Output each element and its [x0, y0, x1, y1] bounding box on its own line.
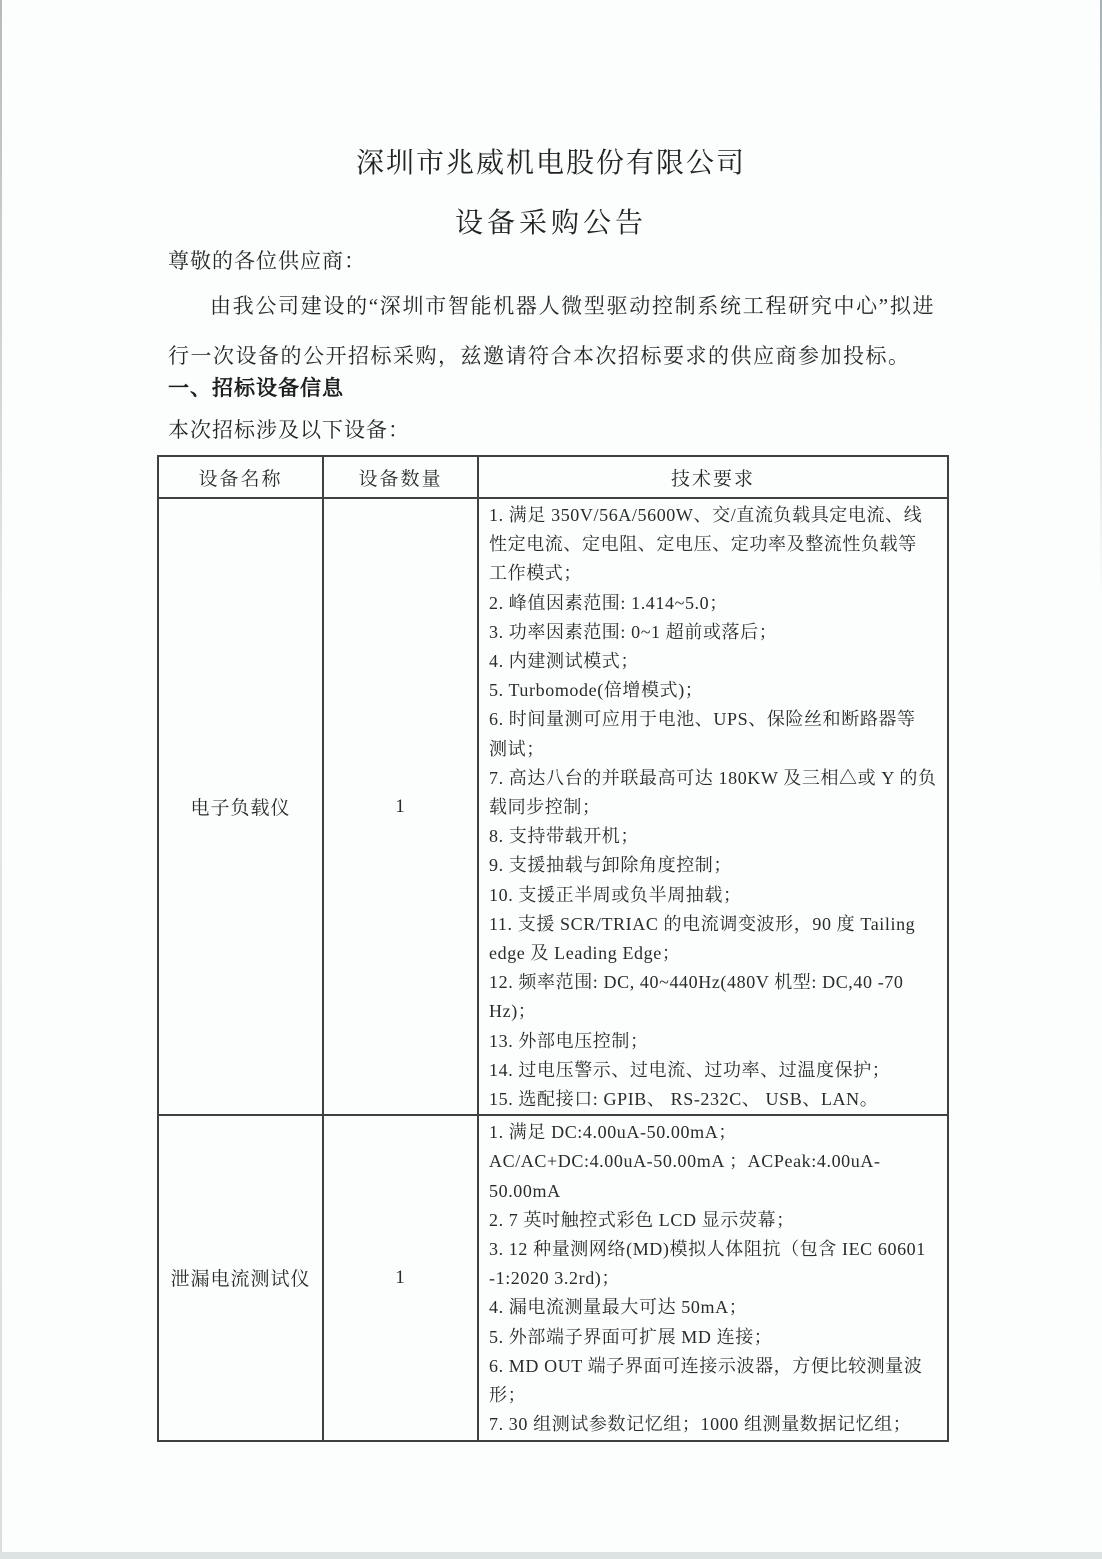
intro-paragraph: 由我公司建设的“深圳市智能机器人微型驱动控制系统工程研究中心”拟进行一次设备的公… — [168, 281, 935, 381]
section-heading-bidding-equipment-info: 一、招标设备信息 — [168, 372, 344, 402]
device-requirements-cell: 1. 满足 350V/56A/5600W、交/直流负载具定电流、线性定电流、定电… — [478, 498, 948, 1115]
device-requirements-cell: 1. 满足 DC:4.00uA-50.00mA；AC/AC+DC:4.00uA-… — [478, 1115, 948, 1440]
requirement-line: 1. 满足 DC:4.00uA-50.00mA； — [489, 1118, 939, 1147]
requirement-line: 6. 时间量测可应用于电池、UPS、保险丝和断路器等 — [489, 705, 939, 734]
header-cell-technical-requirements: 技术要求 — [478, 456, 948, 498]
requirement-line: 15. 选配接口: GPIB、 RS-232C、 USB、LAN。 — [489, 1085, 939, 1114]
requirement-line: 3. 12 种量测网络(MD)模拟人体阻抗（包含 IEC 60601 — [489, 1235, 939, 1264]
requirement-line: 10. 支援正半周或负半周抽载； — [489, 881, 939, 910]
device-name-cell: 电子负载仪 — [158, 498, 323, 1115]
requirement-line: AC/AC+DC:4.00uA-50.00mA ；ACPeak:4.00uA-5… — [489, 1147, 939, 1205]
requirement-line: edge 及 Leading Edge； — [489, 939, 939, 968]
requirement-line: 工作模式； — [489, 559, 939, 588]
requirement-line: 14. 过电压警示、过电流、过功率、过温度保护； — [489, 1056, 939, 1085]
requirement-line: 3. 功率因素范围: 0~1 超前或落后； — [489, 618, 939, 647]
requirement-line: 2. 7 英吋触控式彩色 LCD 显示荧幕； — [489, 1206, 939, 1235]
table-row-electronic-load-tester: 电子负载仪 1 1. 满足 350V/56A/5600W、交/直流负载具定电流、… — [158, 498, 948, 1115]
requirement-line: 5. 外部端子界面可扩展 MD 连接； — [489, 1323, 939, 1352]
equipment-table-container: 设备名称 设备数量 技术要求 电子负载仪 1 1. 满足 350V/56A/56… — [157, 455, 949, 1442]
page-title: 设备采购公告 — [0, 201, 1102, 241]
requirement-line: 13. 外部电压控制； — [489, 1027, 939, 1056]
requirement-line: -1:2020 3.2rd)； — [489, 1264, 939, 1293]
section-lead-text: 本次招标涉及以下设备： — [168, 414, 410, 444]
header-cell-device-name: 设备名称 — [158, 456, 323, 498]
device-quantity-cell: 1 — [323, 1115, 478, 1440]
requirement-line: 1. 满足 350V/56A/5600W、交/直流负载具定电流、线 — [489, 501, 939, 530]
table-header-row: 设备名称 设备数量 技术要求 — [158, 456, 948, 498]
requirement-line: 性定电流、定电阻、定电压、定功率及整流性负载等 — [489, 530, 939, 559]
requirement-line: 6. MD OUT 端子界面可连接示波器，方便比较测量波 — [489, 1352, 939, 1381]
requirement-line: Hz)； — [489, 997, 939, 1026]
requirement-line: 7. 30 组测试参数记忆组；1000 组测量数据记忆组； — [489, 1410, 939, 1439]
device-name-cell: 泄漏电流测试仪 — [158, 1115, 323, 1440]
requirement-line: 9. 支援抽载与卸除角度控制； — [489, 851, 939, 880]
company-title: 深圳市兆威机电股份有限公司 — [0, 141, 1102, 181]
requirement-line: 4. 内建测试模式； — [489, 647, 939, 676]
requirement-line: 7. 高达八台的并联最高可达 180KW 及三相△或 Y 的负 — [489, 764, 939, 793]
requirement-line: 8. 支持带载开机； — [489, 822, 939, 851]
requirement-line: 2. 峰值因素范围: 1.414~5.0； — [489, 589, 939, 618]
salutation: 尊敬的各位供应商： — [168, 245, 366, 275]
header-cell-device-quantity: 设备数量 — [323, 456, 478, 498]
requirement-line: 12. 频率范围: DC, 40~440Hz(480V 机型: DC,40 -7… — [489, 968, 939, 997]
equipment-table: 设备名称 设备数量 技术要求 电子负载仪 1 1. 满足 350V/56A/56… — [157, 455, 949, 1442]
device-quantity-cell: 1 — [323, 498, 478, 1115]
table-row-leakage-current-tester: 泄漏电流测试仪 1 1. 满足 DC:4.00uA-50.00mA；AC/AC+… — [158, 1115, 948, 1440]
requirement-line: 载同步控制； — [489, 793, 939, 822]
requirement-line: 11. 支援 SCR/TRIAC 的电流调变波形，90 度 Tailing — [489, 910, 939, 939]
requirement-line: 测试； — [489, 735, 939, 764]
requirement-line: 4. 漏电流测量最大可达 50mA； — [489, 1293, 939, 1322]
scanned-document-page: 深圳市兆威机电股份有限公司 设备采购公告 尊敬的各位供应商： 由我公司建设的“深… — [0, 0, 1102, 1559]
requirement-line: 形； — [489, 1381, 939, 1410]
requirement-line: 5. Turbomode(倍增模式)； — [489, 676, 939, 705]
scan-edge-bottom — [0, 1552, 1102, 1559]
